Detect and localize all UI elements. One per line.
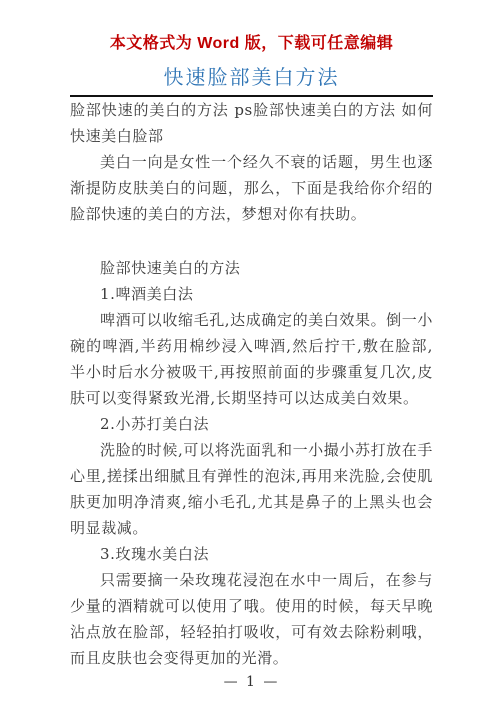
paragraph-section-heading: 脸部快速美白的方法 [70,255,433,281]
paragraph-intro: 美白一向是女性一个经久不衰的话题，男生也逐渐提防皮肤美白的问题，那么，下面是我给… [70,149,433,227]
paragraph-method-1-heading: 1.啤酒美白法 [70,281,433,307]
paragraph-method-2-heading: 2.小苏打美白法 [70,411,433,437]
paragraph-method-2-body: 洗脸的时候,可以将洗面乳和一小撮小苏打放在手心里,搓揉出细腻且有弹性的泡沫,再用… [70,437,433,541]
document-page: 本文格式为 Word 版，下载可任意编辑 快速脸部美白方法 脸部快速的美白的方法… [0,0,500,707]
word-format-notice: 本文格式为 Word 版，下载可任意编辑 [70,33,433,55]
paragraph-method-3-body: 只需要摘一朵玫瑰花浸泡在水中一周后，在参与少量的酒精就可以使用了哦。使用的时候，… [70,567,433,671]
paragraph-keywords: 脸部快速的美白的方法 ps脸部快速美白的方法 如何快速美白脸部 [70,97,433,149]
page-number: — 1 — [70,671,433,693]
paragraph-method-3-heading: 3.玫瑰水美白法 [70,541,433,567]
paragraph-method-1-body: 啤酒可以收缩毛孔,达成确定的美白效果。倒一小碗的啤酒,半药用棉纱浸入啤酒,然后拧… [70,307,433,411]
document-body: 脸部快速的美白的方法 ps脸部快速美白的方法 如何快速美白脸部 美白一向是女性一… [70,97,433,671]
document-title: 快速脸部美白方法 [70,61,433,93]
